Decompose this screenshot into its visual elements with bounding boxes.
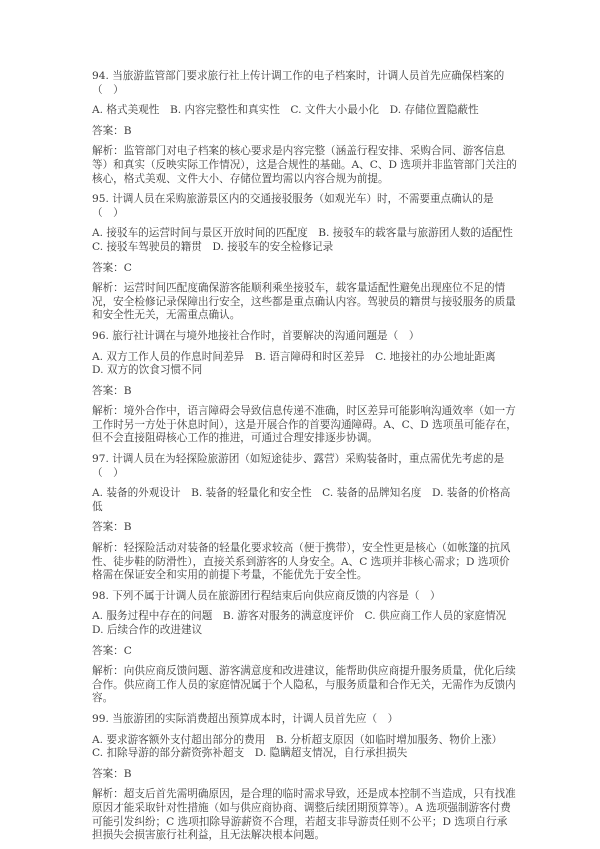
- answer: 答案：B: [92, 521, 517, 535]
- question-stem: 98. 下列不属于计调人员在旅游团行程结束后向供应商反馈的内容是（ ）: [92, 590, 517, 604]
- answer: 答案：B: [92, 125, 517, 139]
- document-page: 94. 当旅游监管部门要求旅行社上传计调工作的电子档案时，计调人员首先应确保档案…: [92, 70, 517, 849]
- question-stem: 97. 计调人员在为轻探险旅游团（如短途徒步、露营）采购装备时，重点需优先考虑的…: [92, 453, 517, 480]
- question-options: A. 装备的外观设计 B. 装备的轻量化和安全性 C. 装备的品牌知名度 D. …: [92, 487, 517, 514]
- question-stem: 99. 当旅游团的实际消费超出预算成本时，计调人员首先应（ ）: [92, 713, 517, 727]
- question-options: A. 格式美观性 B. 内容完整性和真实性 C. 文件大小最小化 D. 存储位置…: [92, 104, 517, 118]
- answer: 答案：C: [92, 262, 517, 276]
- question-stem: 96. 旅行社计调在与境外地接社合作时，首要解决的沟通问题是（ ）: [92, 330, 517, 344]
- question-block-99: 99. 当旅游团的实际消费超出预算成本时，计调人员首先应（ ） A. 要求游客额…: [92, 713, 517, 843]
- explanation: 解析：监管部门对电子档案的核心要求是内容完整（涵盖行程安排、采购合同、游客信息等…: [92, 145, 517, 186]
- question-options: A. 双方工作人员的作息时间差异 B. 语言障碍和时区差异 C. 地接社的办公地…: [92, 351, 517, 378]
- explanation: 解析：运营时间匹配度确保游客能顺利乘坐接驳车，载客量适配性避免出现座位不足的情况…: [92, 282, 517, 323]
- answer: 答案：B: [92, 768, 517, 782]
- question-block-98: 98. 下列不属于计调人员在旅游团行程结束后向供应商反馈的内容是（ ） A. 服…: [92, 590, 517, 706]
- question-options: A. 接驳车的运营时间与景区开放时间的匹配度 B. 接驳车的载客量与旅游团人数的…: [92, 227, 517, 254]
- question-options: A. 服务过程中存在的问题 B. 游客对服务的满意度评价 C. 供应商工作人员的…: [92, 610, 517, 637]
- question-options: A. 要求游客额外支付超出部分的费用 B. 分析超支原因（如临时增加服务、物价上…: [92, 734, 517, 761]
- question-stem: 95. 计调人员在采购旅游景区内的交通接驳服务（如观光车）时，不需要重点确认的是…: [92, 193, 517, 220]
- explanation: 解析：向供应商反馈问题、游客满意度和改进建议，能帮助供应商提升服务质量，优化后续…: [92, 665, 517, 706]
- question-block-94: 94. 当旅游监管部门要求旅行社上传计调工作的电子档案时，计调人员首先应确保档案…: [92, 70, 517, 186]
- explanation: 解析：轻探险活动对装备的轻量化要求较高（便于携带），安全性更是核心（如帐篷的抗风…: [92, 542, 517, 583]
- question-block-95: 95. 计调人员在采购旅游景区内的交通接驳服务（如观光车）时，不需要重点确认的是…: [92, 193, 517, 323]
- answer: 答案：B: [92, 385, 517, 399]
- question-block-97: 97. 计调人员在为轻探险旅游团（如短途徒步、露营）采购装备时，重点需优先考虑的…: [92, 453, 517, 583]
- explanation: 解析：超支后首先需明确原因，是合理的临时需求导致，还是成本控制不当造成，只有找准…: [92, 788, 517, 842]
- answer: 答案：C: [92, 645, 517, 659]
- question-stem: 94. 当旅游监管部门要求旅行社上传计调工作的电子档案时，计调人员首先应确保档案…: [92, 70, 517, 97]
- explanation: 解析：境外合作中，语言障碍会导致信息传递不准确，时区差异可能影响沟通效率（如一方…: [92, 405, 517, 446]
- question-block-96: 96. 旅行社计调在与境外地接社合作时，首要解决的沟通问题是（ ） A. 双方工…: [92, 330, 517, 446]
